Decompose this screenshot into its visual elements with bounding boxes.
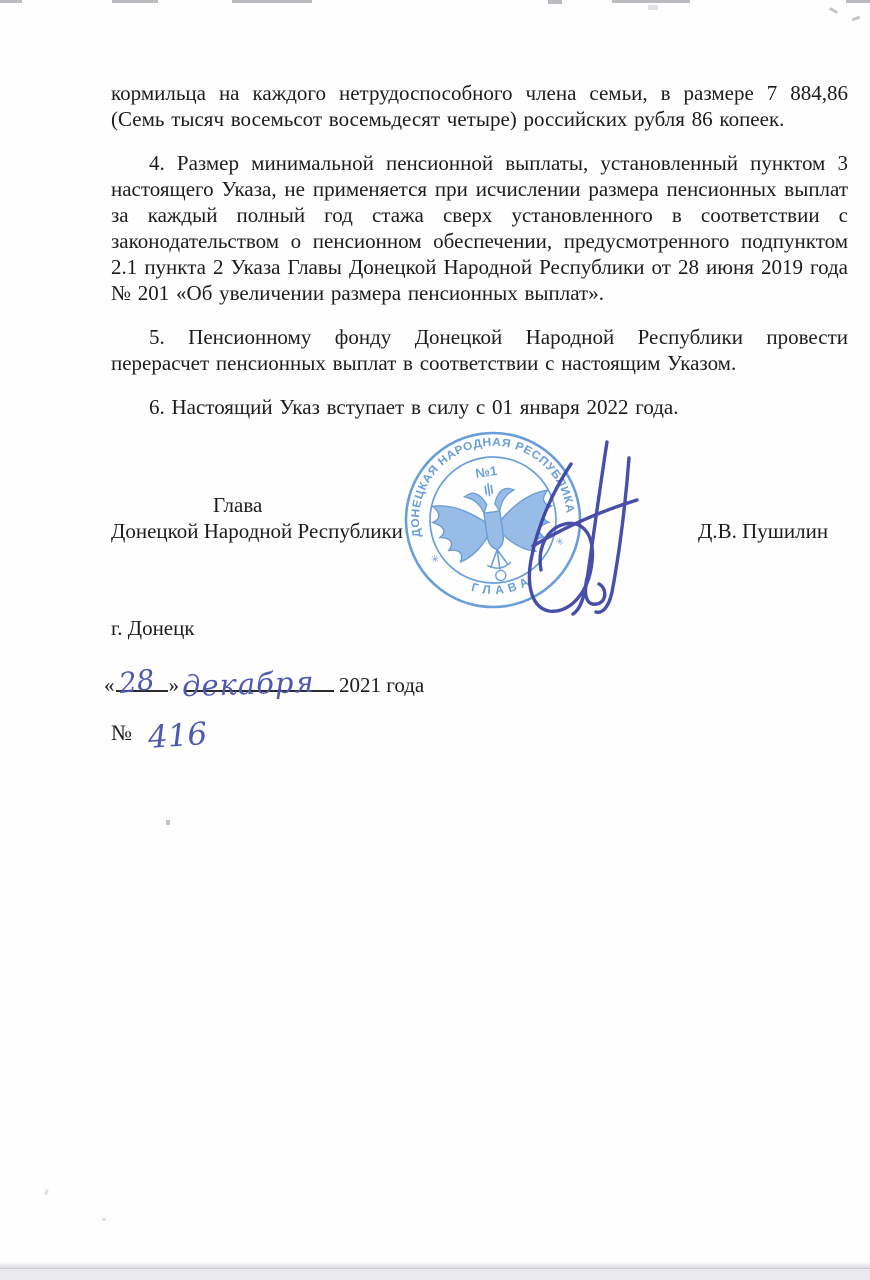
handwritten-number: 416 [147,721,208,751]
scan-speck [166,820,170,825]
handwritten-month: декабря [182,669,315,700]
seal-star-right-icon: ✳ [555,536,565,548]
signer-title-line1: Глава [213,492,262,518]
page-bottom-strip [0,1268,870,1280]
scan-speck [102,1218,106,1221]
open-quote: « [104,673,115,697]
document-body: кормильца на каждого нетрудоспособного ч… [111,80,848,438]
year-suffix: 2021 года [339,673,424,697]
signer-title-line2: Донецкой Народной Республики [111,518,403,544]
seal-bottom-text: ГЛАВА [468,572,536,601]
month-blank: декабря [184,670,334,692]
svg-text:ГЛАВА: ГЛАВА [468,572,536,601]
scan-artifact [846,0,870,3]
close-quote: » [169,673,180,697]
paragraph-3-continuation: кормильца на каждого нетрудоспособного ч… [111,80,848,132]
number-label: № [111,720,132,745]
seal-and-signature: ДОНЕЦКАЯ НАРОДНАЯ РЕСПУБЛИКА ГЛАВА ✳ ✳ №… [393,428,675,630]
scan-artifact [0,0,22,3]
number-line: №416 [111,720,207,749]
seal-star-left-icon: ✳ [430,554,440,566]
paragraph-5: 5. Пенсионному фонду Донецкой Народной Р… [111,324,848,376]
paragraph-6: 6. Настоящий Указ вступает в силу с 01 я… [111,394,848,420]
signer-name: Д.В. Пушилин [698,518,828,544]
day-blank: 28 [116,670,168,692]
scan-artifact [112,0,158,3]
scan-speck [648,5,658,10]
seal-number-badge: №1 [474,463,498,481]
handwritten-day: 28 [117,667,156,697]
scan-artifact [548,0,562,4]
scan-artifact [232,0,312,3]
scan-artifact [612,0,690,3]
scan-speck [829,7,838,14]
paragraph-4: 4. Размер минимальной пенсионной выплаты… [111,150,848,306]
scan-speck [44,1189,49,1196]
date-line: «28»декабря2021 года [104,670,424,698]
scan-speck [852,16,861,22]
place-line: г. Донецк [111,615,195,641]
